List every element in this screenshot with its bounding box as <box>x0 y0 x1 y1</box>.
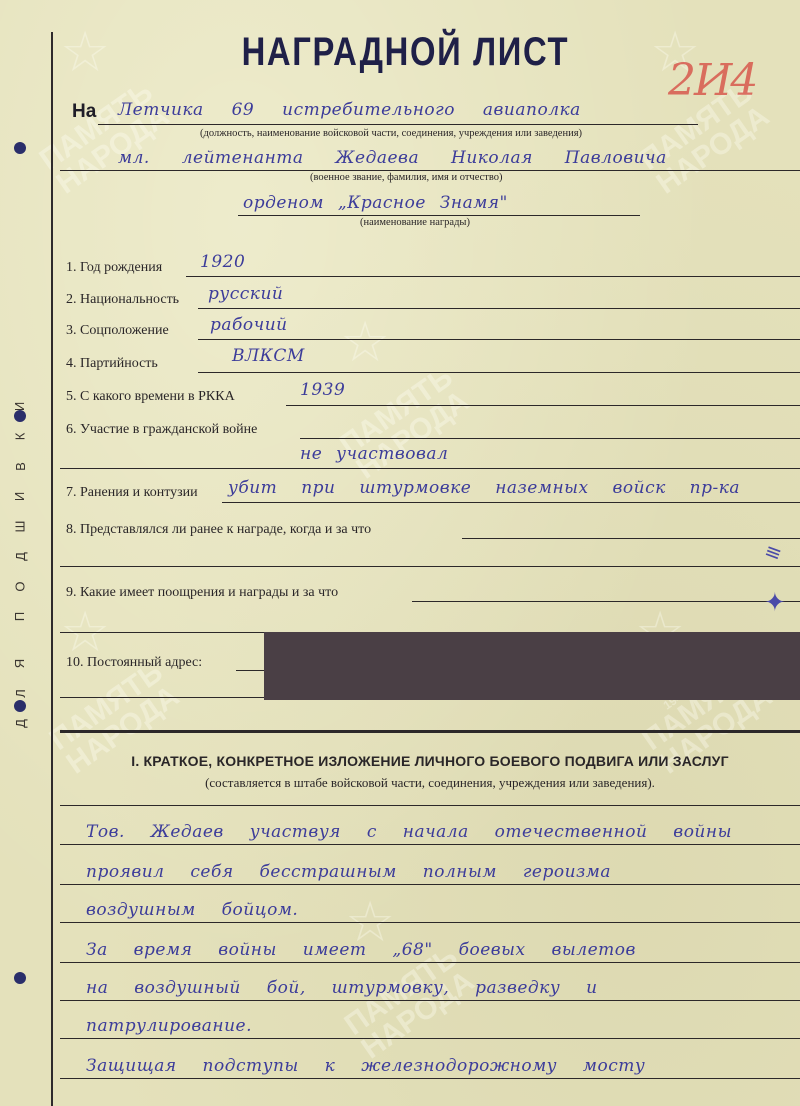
field-rule <box>198 308 800 309</box>
field-value-birth-year: 1920 <box>200 252 245 272</box>
binding-margin-letter: Л <box>14 689 27 698</box>
punch-hole-icon <box>14 972 26 984</box>
narrative-line: Защищая подступы к железнодорожному мост… <box>86 1056 645 1076</box>
field-rule <box>236 670 266 671</box>
position-value: Летчика 69 истребительного авиаполка <box>118 100 581 120</box>
narrative-line: воздушным бойцом. <box>86 900 298 920</box>
redacted-address <box>264 632 800 700</box>
narrative-line: проявил себя бесстрашным полным героизма <box>86 862 611 882</box>
field-rule <box>198 372 800 373</box>
award-caption: (наименование награды) <box>360 217 470 228</box>
field-value-civil-war: не участвовал <box>300 444 448 464</box>
field-rule <box>412 601 800 602</box>
section-divider <box>60 730 800 733</box>
field-rule <box>60 170 800 171</box>
field-rule <box>462 538 800 539</box>
field-rule <box>186 276 800 277</box>
narrative-line: Тов. Жедаев участвуя с начала отечествен… <box>86 822 732 842</box>
binding-margin-letter: Ш <box>13 521 26 533</box>
award-value: орденом „Красное Знамя" <box>243 193 508 213</box>
binding-margin-text: ДЛЯ ПОДШИВКИ <box>8 400 32 730</box>
field-label-commendations: 9. Какие имеет поощрения и награды и за … <box>66 585 338 601</box>
narrative-rule <box>60 1078 800 1079</box>
binding-margin-line <box>51 32 53 1106</box>
field-rule <box>222 502 800 503</box>
position-caption: (должность, наименование войсковой части… <box>200 128 582 139</box>
narrative-rule <box>60 922 800 923</box>
section-subtitle: (составляется в штабе войсковой части, с… <box>60 775 800 791</box>
field-label-wounds: 7. Ранения и контузии <box>66 485 198 501</box>
binding-margin-letter: О <box>14 581 27 591</box>
field-rule <box>286 405 800 406</box>
name-value: мл. лейтенанта Жедаева Николая Павловича <box>118 148 667 168</box>
field-rule <box>60 566 800 567</box>
binding-margin-letter: И <box>14 402 27 411</box>
field-label-rkka-since: 5. С какого времени в РККА <box>66 389 235 405</box>
archive-number: 2И4 <box>668 55 756 106</box>
pen-mark-icon: ✦ <box>764 588 786 618</box>
field-value-social-status: рабочий <box>210 315 288 335</box>
narrative-rule <box>60 1038 800 1039</box>
field-label-social-status: 3. Соцположение <box>66 323 169 339</box>
binding-margin-letter: Д <box>14 719 27 728</box>
field-label-nationality: 2. Национальность <box>66 292 179 308</box>
field-value-nationality: русский <box>208 284 283 304</box>
punch-hole-icon <box>14 142 26 154</box>
field-value-wounds: убит при штурмовке наземных войск пр-ка <box>228 478 740 498</box>
field-value-rkka-since: 1939 <box>300 380 345 400</box>
document-title: НАГРАДНОЙ ЛИСТ <box>77 30 733 75</box>
field-label-party: 4. Партийность <box>66 356 158 372</box>
narrative-rule <box>60 844 800 845</box>
field-rule <box>238 215 640 216</box>
binding-margin-letter: К <box>13 433 26 441</box>
narrative-rule <box>60 962 800 963</box>
field-label-previous-awards: 8. Представлялся ли ранее к награде, ког… <box>66 522 371 538</box>
binding-margin-letter: Я <box>13 659 26 668</box>
field-label-address: 10. Постоянный адрес: <box>66 655 202 671</box>
field-rule <box>98 124 698 125</box>
binding-margin-letter: П <box>14 612 27 621</box>
field-value-party: ВЛКСМ <box>232 346 305 366</box>
binding-margin-letter: В <box>13 462 26 471</box>
narrative-rule <box>60 884 800 885</box>
narrative-line: на воздушный бой, штурмовку, разведку и <box>86 978 598 998</box>
narrative-line: За время войны имеет „68" боевых вылетов <box>86 940 636 960</box>
field-label-birth-year: 1. Год рождения <box>66 260 162 276</box>
narrative-line: патрулирование. <box>86 1016 252 1036</box>
name-caption: (военное звание, фамилия, имя и отчество… <box>310 172 503 183</box>
field-rule <box>60 468 800 469</box>
narrative-rule <box>60 1000 800 1001</box>
binding-margin-letter: Д <box>14 552 27 561</box>
field-label-civil-war: 6. Участие в гражданской войне <box>66 422 257 438</box>
section-rule <box>60 805 800 806</box>
field-rule <box>198 339 800 340</box>
binding-margin-letter: И <box>14 492 27 501</box>
section-title: I. КРАТКОЕ, КОНКРЕТНОЕ ИЗЛОЖЕНИЕ ЛИЧНОГО… <box>60 753 800 769</box>
field-rule <box>300 438 800 439</box>
na-label: На <box>72 101 96 123</box>
